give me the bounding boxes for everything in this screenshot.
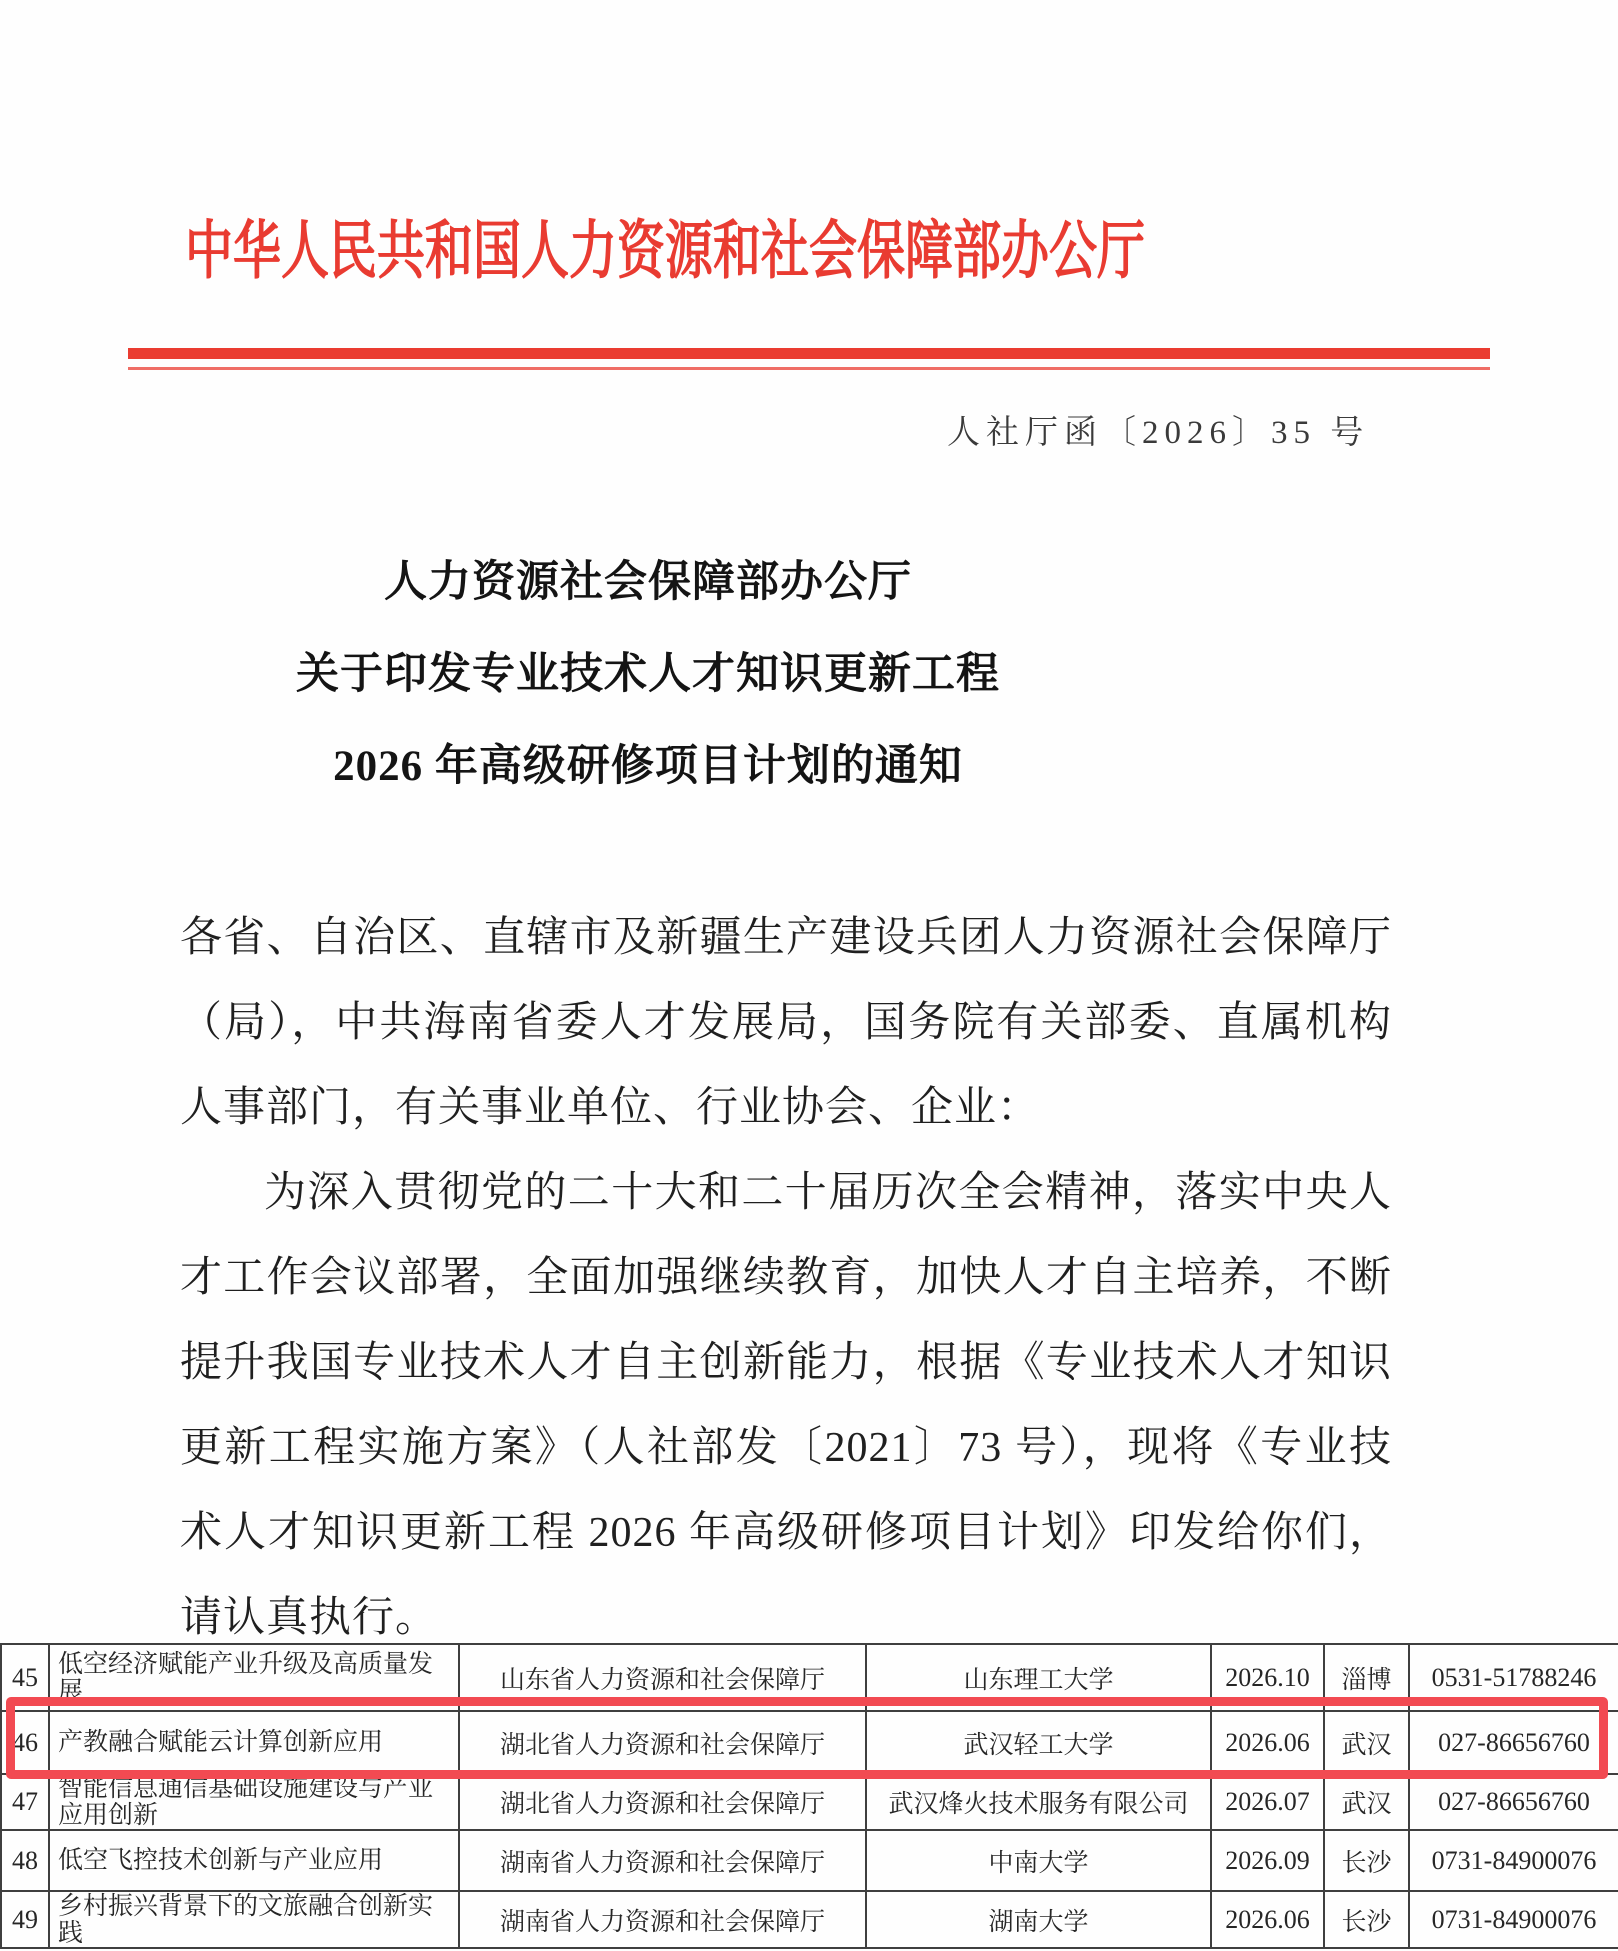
row-number-cell: 47 xyxy=(1,1774,49,1830)
table-row-highlighted: 46 产教融合赋能云计算创新应用 湖北省人力资源和社会保障厅 武汉轻工大学 20… xyxy=(1,1711,1618,1774)
row-number-cell: 48 xyxy=(1,1830,49,1891)
implementing-unit-cell: 武汉烽火技术服务有限公司 xyxy=(866,1774,1211,1830)
provincial-dept-cell: 山东省人力资源和社会保障厅 xyxy=(459,1644,866,1711)
document-page: 中华人民共和国人力资源和社会保障部办公厅 人社厅函〔2026〕35 号 人力资源… xyxy=(0,0,1618,1951)
notice-title-line-1: 人力资源社会保障部办公厅 xyxy=(24,537,1272,629)
project-name-cell: 低空飞控技术创新与产业应用 xyxy=(49,1830,459,1891)
table-row: 49 乡村振兴背景下的文旅融合创新实践 湖南省人力资源和社会保障厅 湖南大学 2… xyxy=(1,1891,1618,1948)
phone-cell: 0731-84900076 xyxy=(1409,1891,1618,1948)
date-cell: 2026.10 xyxy=(1211,1644,1324,1711)
row-number-cell: 46 xyxy=(1,1711,49,1774)
phone-cell: 0531-51788246 xyxy=(1409,1644,1618,1711)
provincial-dept-cell: 湖南省人力资源和社会保障厅 xyxy=(459,1891,866,1948)
date-cell: 2026.07 xyxy=(1211,1774,1324,1830)
implementing-unit-cell: 中南大学 xyxy=(866,1830,1211,1891)
city-cell: 长沙 xyxy=(1324,1891,1409,1948)
notice-body: 各省、自治区、直辖市及新疆生产建设兵团人力资源社会保障厅（局），中共海南省委人才… xyxy=(180,896,1392,1661)
notice-title-line-3: 2026 年高级研修项目计划的通知 xyxy=(24,721,1272,813)
letterhead-rule-thick xyxy=(128,348,1490,359)
notice-title-line-2: 关于印发专业技术人才知识更新工程 xyxy=(24,629,1272,721)
table-row: 45 低空经济赋能产业升级及高质量发展 山东省人力资源和社会保障厅 山东理工大学… xyxy=(1,1644,1618,1711)
phone-cell: 027-86656760 xyxy=(1409,1774,1618,1830)
phone-cell: 0731-84900076 xyxy=(1409,1830,1618,1891)
project-name-cell: 智能信息通信基础设施建设与产业应用创新 xyxy=(49,1774,459,1830)
table-row: 48 低空飞控技术创新与产业应用 湖南省人力资源和社会保障厅 中南大学 2026… xyxy=(1,1830,1618,1891)
notice-title: 人力资源社会保障部办公厅 关于印发专业技术人才知识更新工程 2026 年高级研修… xyxy=(24,537,1272,813)
provincial-dept-cell: 湖北省人力资源和社会保障厅 xyxy=(459,1774,866,1830)
project-name-cell: 产教融合赋能云计算创新应用 xyxy=(49,1711,459,1774)
provincial-dept-cell: 湖北省人力资源和社会保障厅 xyxy=(459,1711,866,1774)
date-cell: 2026.09 xyxy=(1211,1830,1324,1891)
implementing-unit-cell: 武汉轻工大学 xyxy=(866,1711,1211,1774)
letterhead-rule-thin xyxy=(128,367,1490,370)
document-number: 人社厅函〔2026〕35 号 xyxy=(947,406,1369,453)
project-name-cell: 低空经济赋能产业升级及高质量发展 xyxy=(49,1644,459,1711)
city-cell: 武汉 xyxy=(1324,1774,1409,1830)
implementing-unit-cell: 山东理工大学 xyxy=(866,1644,1211,1711)
implementing-unit-cell: 湖南大学 xyxy=(866,1891,1211,1948)
letterhead-title: 中华人民共和国人力资源和社会保障部办公厅 xyxy=(185,200,1145,291)
row-number-cell: 45 xyxy=(1,1644,49,1711)
table-row: 47 智能信息通信基础设施建设与产业应用创新 湖北省人力资源和社会保障厅 武汉烽… xyxy=(1,1774,1618,1830)
date-cell: 2026.06 xyxy=(1211,1891,1324,1948)
salutation-paragraph: 各省、自治区、直辖市及新疆生产建设兵团人力资源社会保障厅（局），中共海南省委人才… xyxy=(180,896,1392,1151)
main-paragraph: 为深入贯彻党的二十大和二十届历次全会精神，落实中央人才工作会议部署，全面加强继续… xyxy=(180,1151,1392,1661)
project-name-cell: 乡村振兴背景下的文旅融合创新实践 xyxy=(49,1891,459,1948)
phone-cell: 027-86656760 xyxy=(1409,1711,1618,1774)
date-cell: 2026.06 xyxy=(1211,1711,1324,1774)
city-cell: 淄博 xyxy=(1324,1644,1409,1711)
city-cell: 长沙 xyxy=(1324,1830,1409,1891)
row-number-cell: 49 xyxy=(1,1891,49,1948)
city-cell: 武汉 xyxy=(1324,1711,1409,1774)
provincial-dept-cell: 湖南省人力资源和社会保障厅 xyxy=(459,1830,866,1891)
projects-table: 45 低空经济赋能产业升级及高质量发展 山东省人力资源和社会保障厅 山东理工大学… xyxy=(0,1643,1618,1949)
